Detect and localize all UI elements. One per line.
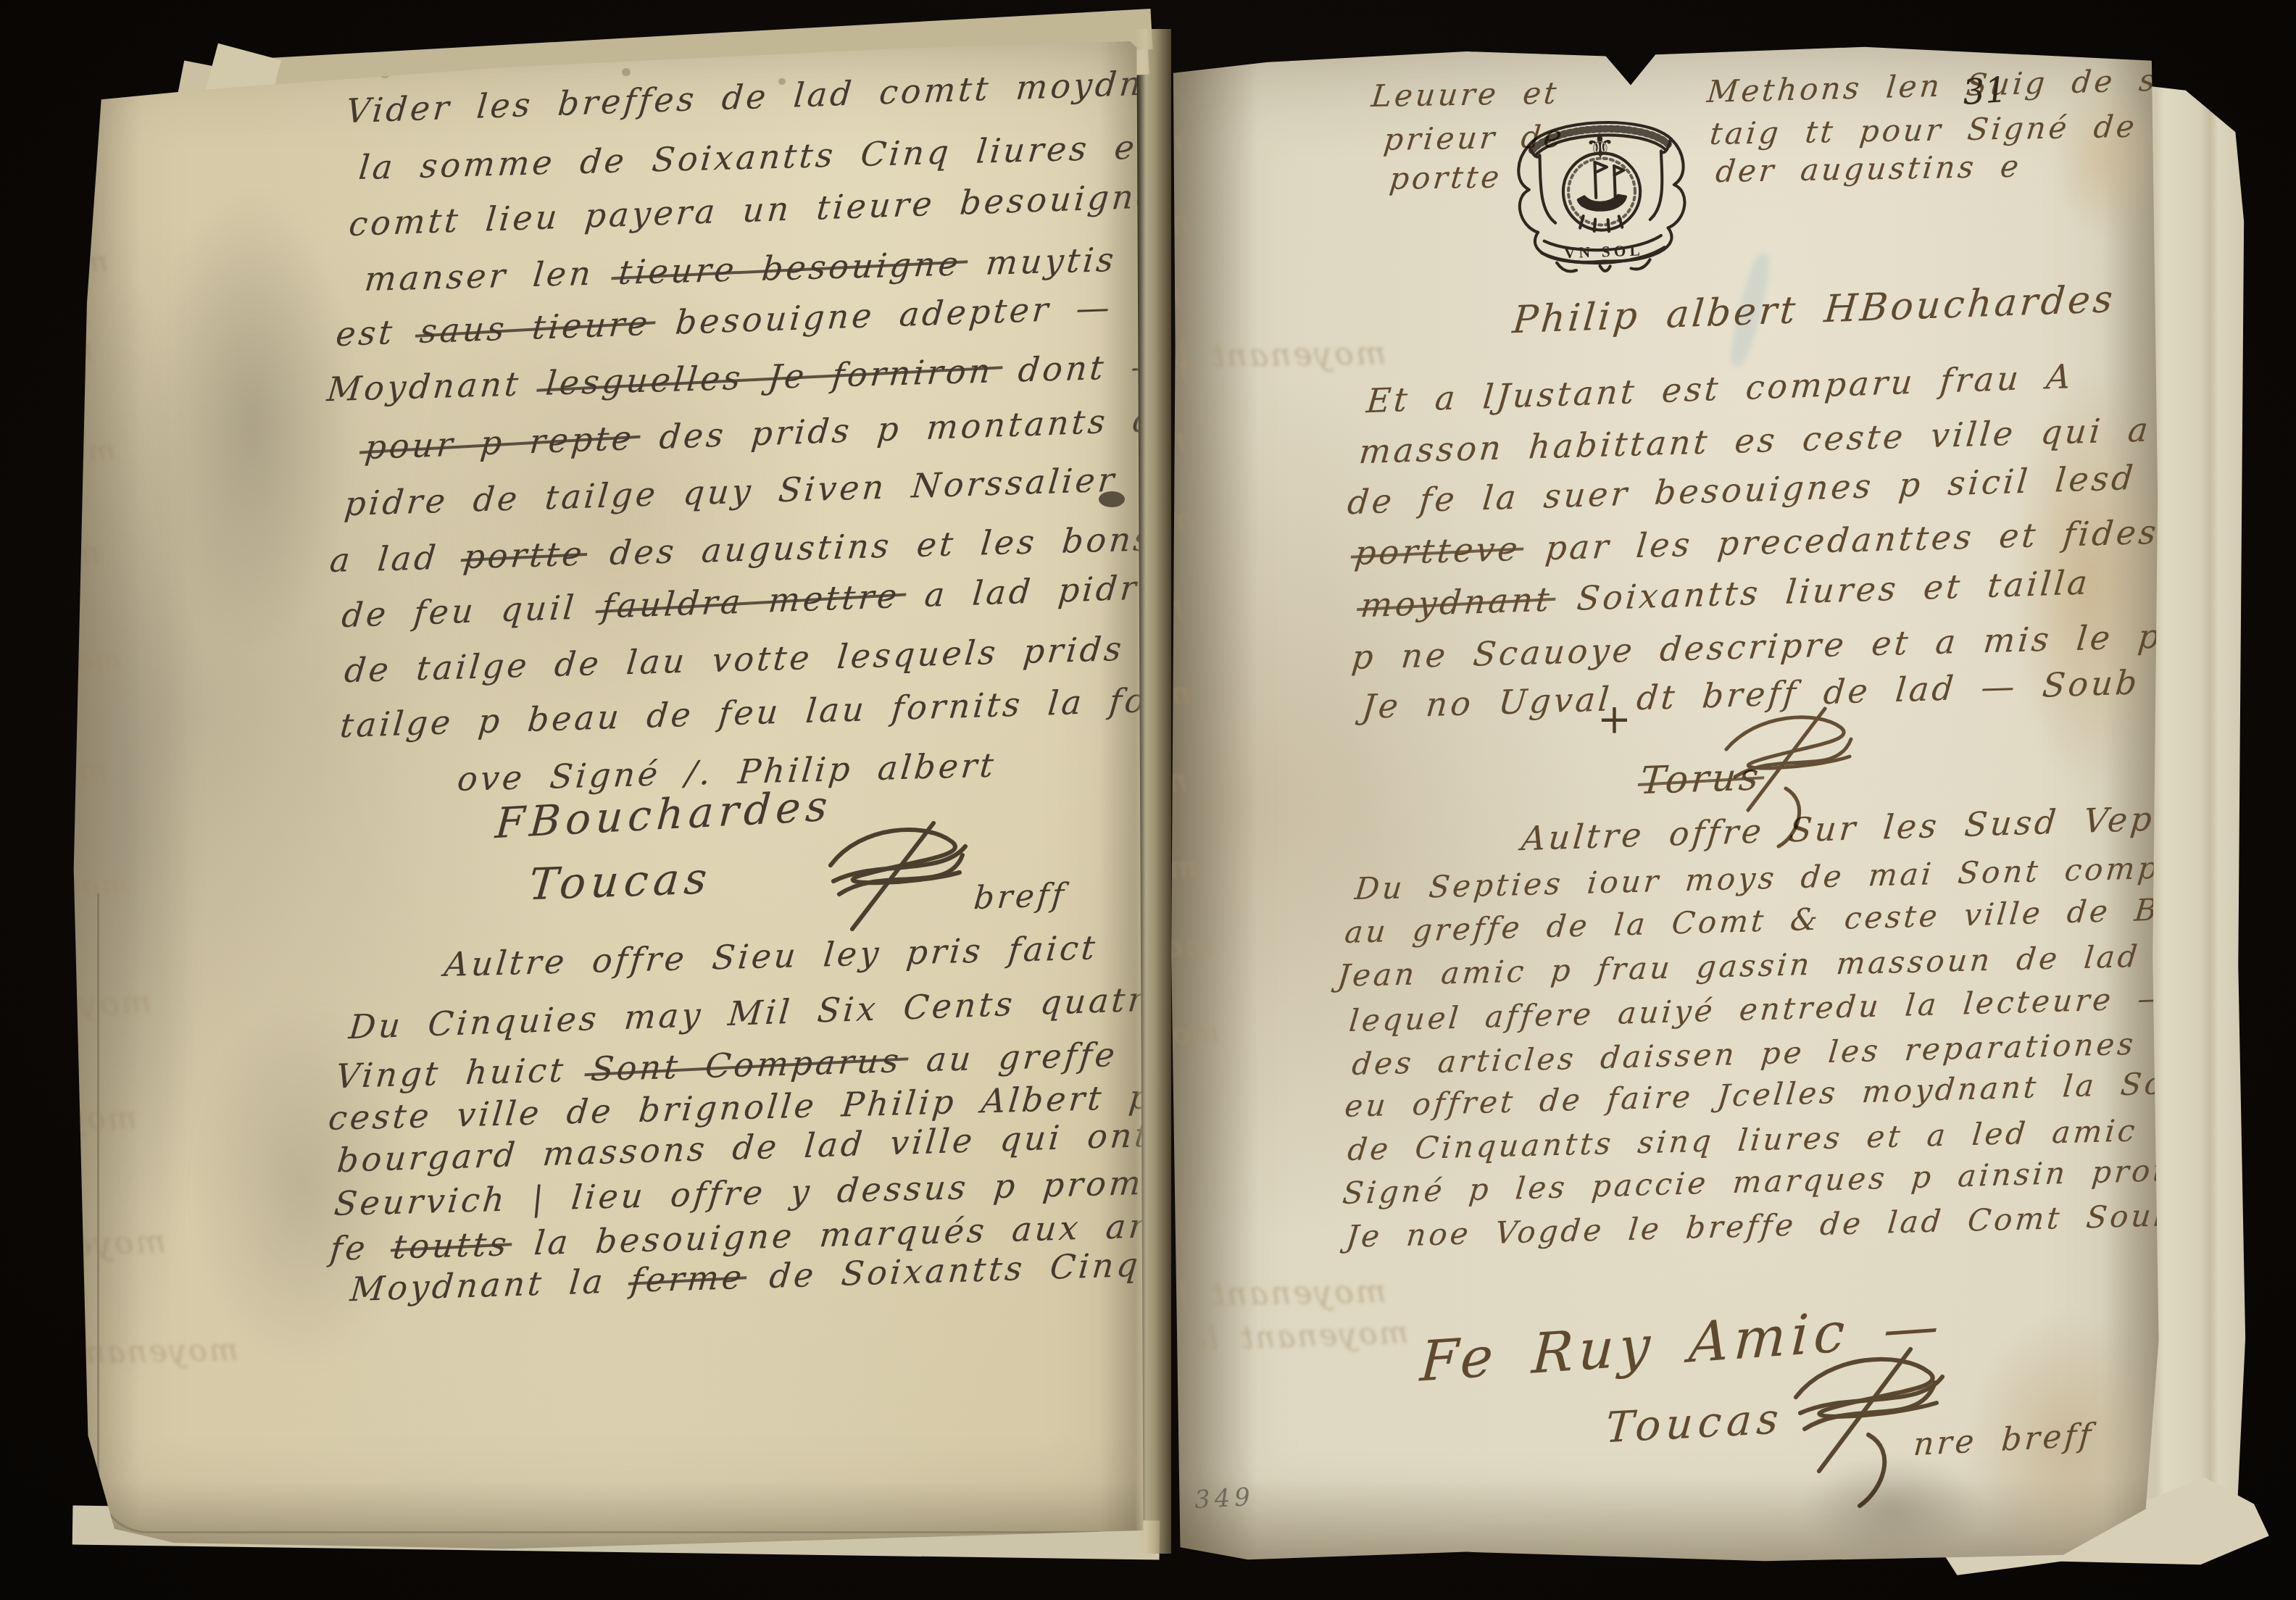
ink-blot (1099, 491, 1125, 507)
ink-bleed-wash (404, 259, 825, 781)
manuscript-line: Methons len Suig de se (1705, 62, 2180, 109)
manuscript-line: est saus tieure besouigne adepter — (334, 288, 1114, 354)
signature-toucas-2: Toucas (1604, 1393, 1785, 1452)
book-gutter (1135, 29, 1171, 1554)
manuscript-line: Vingt huict Sont Comparus au greffe de (334, 1033, 1191, 1096)
cross-mark-icon: + (1597, 696, 1631, 743)
bleed-through-line: moyenant la somme des liures besouigne c… (0, 1332, 238, 1374)
fiscal-stamp-icon: ⚜ VN SOL (1505, 101, 1697, 282)
bleed-through-line: moyenant la somme des liures besouigne c… (0, 1100, 137, 1140)
bleed-through-line: moyenant la somme des liures besouigne c… (0, 868, 130, 904)
stamp-fleur-icon: ⚜ (1584, 126, 1616, 167)
manuscript-line: ceste ville de brignolle Philip Albert p… (327, 1074, 1262, 1138)
manuscript-line: de tailge de lau votte lesquels prids de… (343, 625, 1260, 690)
page-crease-line (97, 893, 1099, 1533)
notary-paraph-icon (1781, 1341, 1963, 1511)
bleed-through-line: moyenant la somme des liures besouigne c… (0, 332, 93, 372)
manuscript-line: Seurvich | lieu offre y dessus p promis (333, 1162, 1179, 1224)
damp-stain (194, 1006, 412, 1368)
manuscript-left-page: moyenant la somme des liures besouigne c… (64, 28, 1165, 1558)
pencil-folio-number: 349 (1194, 1483, 1255, 1514)
damp-stain (64, 288, 194, 1375)
header-names: Philip albert HBouchardes (1511, 278, 2118, 342)
damp-stain (151, 187, 354, 651)
manuscript-line: Moydnant la ferme de Soixantts Cinq — (349, 1243, 1204, 1309)
manuscript-line: breff (973, 877, 1068, 917)
manuscript-line: der augustins e (1714, 149, 2023, 189)
fox-spot (778, 78, 786, 85)
bleed-through-line: moyenant la somme des liures besouigne c… (0, 433, 116, 478)
handwritten-text-left: Vider les breffes de lad comtt moydnanla… (64, 28, 1165, 1558)
notary-paraph-icon (818, 814, 973, 938)
manuscript-line: taig tt pour Signé de a (1708, 108, 2184, 151)
manuscript-line: manser len tieure besouigne muytis faict (363, 237, 1233, 299)
bleed-through-line: moyenant la somme des liures besouigne c… (0, 245, 109, 286)
manuscript-line: pour p repte des prids p montants de — (363, 397, 1243, 467)
manuscript-line: pidre de tailge quy Siven Norssalier (343, 460, 1118, 524)
archival-scan-stage: moyenant la somme des liures besouigne c… (0, 0, 2296, 1600)
manuscript-line: Vider les breffes de lad comtt moydnan (344, 62, 1192, 130)
stamp-banner-text: VN SOL (1564, 241, 1644, 262)
bleed-through-line: moyenant la somme des liures besouigne c… (0, 984, 152, 1028)
signature-toucas: Toucas (527, 853, 714, 910)
fox-spot (622, 68, 631, 76)
manuscript-line: ove Signé /. Philip albert (456, 746, 998, 799)
bleed-through-line: moyenant la somme des liures besouigne c… (0, 752, 109, 795)
manuscript-line: de feu quil fauldra mettre a lad pidre (340, 567, 1163, 635)
manuscript-line: a lad portte des augustins et les bons (328, 519, 1156, 580)
manuscript-line: bourgard massons de lad ville qui ont (336, 1115, 1153, 1180)
manuscript-right-page: moyenant la somme des liures besouigne c… (1168, 38, 2163, 1570)
bleed-through-line: moyenant la somme des liures besouigne c… (0, 1223, 167, 1270)
bleed-through-text-left: moyenant la somme des liures besouigne c… (64, 28, 1165, 1558)
manuscript-line: la somme de Soixantts Cinq liures et la (357, 125, 1217, 187)
manuscript-line: Et a lJustant est comparu frau A (1365, 357, 2075, 420)
manuscript-line: fe toutts la besouigne marqués aux art (328, 1206, 1166, 1268)
notary-paraph-icon (1716, 701, 1861, 854)
manuscript-line: moydnant Soixantts liures et tailla (1359, 562, 2092, 625)
page-number: 31 (1961, 70, 2008, 113)
manuscript-line: comtt lieu payera un tieure besouigne — (347, 174, 1222, 243)
signature-bouchardes: FBouchardes (494, 781, 834, 849)
manuscript-line: Moydnant lesguelles Je forniron dont — (325, 346, 1170, 409)
manuscript-line: portte (1388, 159, 1504, 196)
manuscript-line: tailge p beau de feu lau fornits la forn… (338, 678, 1248, 745)
manuscript-line: Du Cinquies may Mil Six Cents quatre (347, 978, 1171, 1046)
bleed-through-line: moyenant la somme des liures besouigne c… (0, 643, 123, 683)
bleed-through-line: moyenant la somme des liures besouigne c… (0, 535, 101, 576)
manuscript-line: Aultre offre Sieu ley pris faict (443, 928, 1099, 984)
